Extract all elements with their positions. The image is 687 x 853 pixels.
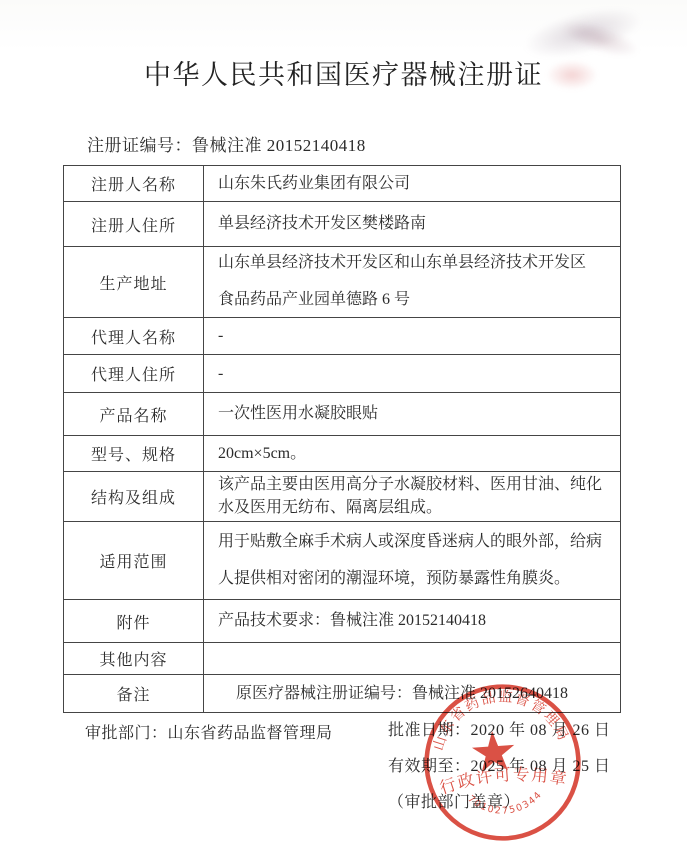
page-title: 中华人民共和国医疗器械注册证 — [0, 53, 687, 92]
certificate-page: 中华人民共和国医疗器械注册证 注册证编号：鲁械注准 20152140418 注册… — [0, 0, 687, 853]
row-label: 结构及组成 — [64, 472, 204, 521]
table-row-agent-address: 代理人住所 - — [64, 355, 620, 393]
table-row-registrant-address: 注册人住所 单县经济技术开发区樊楼路南 — [64, 202, 620, 247]
valid-until: 有效期至：2025 年 08 月 25 日 — [388, 756, 611, 777]
registration-number: 注册证编号：鲁械注准 20152140418 — [87, 131, 366, 156]
row-value: - — [204, 318, 620, 354]
table-row-other-content: 其他内容 — [64, 643, 620, 675]
row-label: 注册人名称 — [64, 166, 204, 201]
row-label: 附件 — [64, 600, 204, 642]
table-row-intended-use: 适用范围 用于贴敷全麻手术病人或深度昏迷病人的眼外部，给病 人提供相对密闭的潮湿… — [64, 522, 620, 600]
approval-date: 批准日期：2020 年 08 月 26 日 — [388, 720, 611, 741]
row-label: 生产地址 — [64, 247, 204, 317]
row-value: 产品技术要求：鲁械注准 20152140418 — [204, 600, 620, 642]
row-value: 20cm×5cm。 — [204, 436, 620, 471]
row-label: 注册人住所 — [64, 202, 204, 246]
row-value — [204, 643, 620, 674]
row-label: 型号、规格 — [64, 436, 204, 471]
row-value: 山东朱氏药业集团有限公司 — [204, 166, 620, 201]
row-value: 山东单县经济技术开发区和山东单县经济技术开发区 食品药品产业园单德路 6 号 — [204, 247, 620, 317]
row-value: 该产品主要由医用高分子水凝胶材料、医用甘油、纯化 水及医用无纺布、隔离层组成。 — [204, 472, 620, 521]
approval-department: 审批部门：山东省药品监督管理局 — [85, 720, 333, 743]
row-value: 单县经济技术开发区樊楼路南 — [204, 202, 620, 246]
table-row-model-spec: 型号、规格 20cm×5cm。 — [64, 436, 620, 472]
table-row-structure-composition: 结构及组成 该产品主要由医用高分子水凝胶材料、医用甘油、纯化 水及医用无纺布、隔… — [64, 472, 620, 522]
certificate-table: 注册人名称 山东朱氏药业集团有限公司 注册人住所 单县经济技术开发区樊楼路南 生… — [63, 165, 621, 713]
table-row-remarks: 备注 原医疗器械注册证编号：鲁械注准 20152640418 — [64, 675, 620, 712]
table-row-registrant-name: 注册人名称 山东朱氏药业集团有限公司 — [64, 166, 620, 202]
row-value: 用于贴敷全麻手术病人或深度昏迷病人的眼外部，给病 人提供相对密闭的潮湿环境，预防… — [204, 522, 620, 599]
seal-note: （审批部门盖章） — [388, 792, 611, 813]
row-value: 一次性医用水凝胶眼贴 — [204, 393, 620, 435]
approval-dates-block: 批准日期：2020 年 08 月 26 日 有效期至：2025 年 08 月 2… — [388, 720, 611, 828]
table-row-attachment: 附件 产品技术要求：鲁械注准 20152140418 — [64, 600, 620, 643]
row-label: 其他内容 — [64, 643, 204, 674]
row-value: 原医疗器械注册证编号：鲁械注准 20152640418 — [204, 675, 620, 712]
row-value: - — [204, 355, 620, 392]
table-row-production-address: 生产地址 山东单县经济技术开发区和山东单县经济技术开发区 食品药品产业园单德路 … — [64, 247, 620, 318]
table-row-agent-name: 代理人名称 - — [64, 318, 620, 355]
row-label: 产品名称 — [64, 393, 204, 435]
row-label: 代理人住所 — [64, 355, 204, 392]
row-label: 代理人名称 — [64, 318, 204, 354]
table-row-product-name: 产品名称 一次性医用水凝胶眼贴 — [64, 393, 620, 436]
row-label: 备注 — [64, 675, 204, 712]
row-label: 适用范围 — [64, 522, 204, 599]
